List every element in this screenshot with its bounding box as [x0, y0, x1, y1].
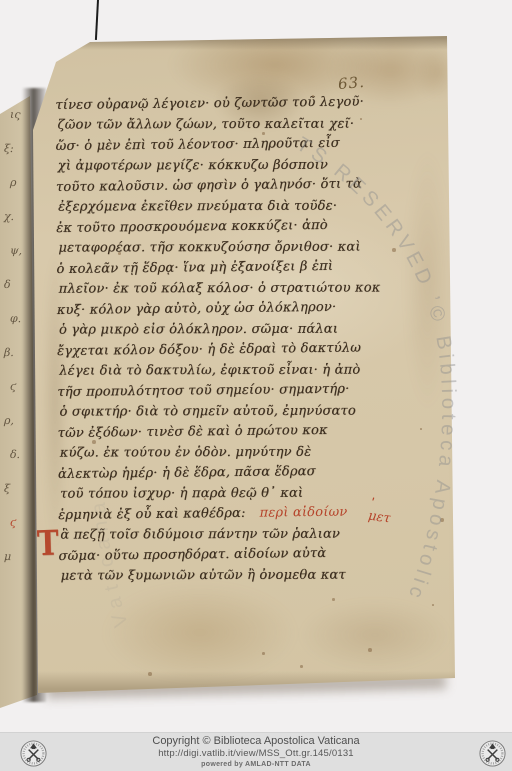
stain: [405, 150, 450, 410]
strip-fragment: δ.: [10, 448, 21, 461]
text-block: τίνεσ οὐρανῷ λέγοιεν· οὐ ζωντῶσ τοῦ λεγο…: [55, 93, 404, 587]
manuscript-line: ὁ σφικτήρ· διὰ τὸ σημεῖν αὐτοῦ, ἐμηνύσατ…: [59, 401, 403, 423]
stain: [300, 600, 450, 670]
strip-fragment: ρ,: [4, 414, 14, 427]
footer-text: Copyright © Biblioteca Apostolica Vatica…: [0, 735, 512, 770]
strip-fragment: ις: [10, 108, 21, 121]
footer-bar: Copyright © Biblioteca Apostolica Vatica…: [0, 732, 512, 771]
manuscript-line: ὁ γὰρ μικρὸ εἰσ ὁλόκληρον. σῶμα· πάλαι: [59, 319, 403, 341]
manuscript-line: κυξ· κόλον γὰρ αὐτὸ, οὐχ ὡσ ὁλόκληρον·: [57, 297, 403, 321]
manuscript-scan-viewport: ιςξ:ρχ.ψ,δφ.β.ϛρ,δ.ξϛμ 63. τίνεσ οὐρανῷ …: [0, 0, 512, 771]
footer-powered-by: powered by AMLAD-NTT DATA: [0, 760, 512, 770]
strip-fragment: ϛ: [10, 516, 17, 529]
manuscript-line: τῆσ προπυλότητοσ τοῦ σημείου· σημαντήρ·: [57, 379, 403, 403]
strip-fragment: ξ: [4, 482, 11, 495]
manuscript-line: μεταφορέασ. τῆσ κοκκυζούσησ ὄρνιθοσ· καὶ: [58, 237, 402, 259]
manuscript-line: ἀλεκτὼρ ἡμέρ· ἡ δὲ ἕδρα, πᾶσα ἕδρασ: [58, 461, 404, 485]
manuscript-line: ὁ κολεᾶν τῇ ἕδρᾳ· ἵνα μὴ ἐξανοίξει β ἐπὶ: [56, 256, 402, 280]
manuscript-line: ἐκ τοῦτο προσκρουόμενα κοκκύζει· ἀπὸ: [56, 215, 402, 239]
footer-copyright: Copyright © Biblioteca Apostolica Vatica…: [0, 735, 512, 748]
strip-fragment: ϛ: [10, 380, 17, 393]
stain: [415, 45, 460, 100]
margin-rubric: μετ: [367, 508, 391, 526]
binding-ribbon: [95, 0, 99, 40]
strip-fragment: χ.: [4, 210, 15, 223]
foxing-speck: [262, 652, 265, 655]
manuscript-line: τίνεσ οὐρανῷ λέγοιεν· οὐ ζωντῶσ τοῦ λεγο…: [55, 92, 401, 116]
manuscript-line: σῶμα· οὕτω προσηδόρατ. αἰδοίων αὐτὰ: [58, 543, 404, 567]
strip-fragment: ψ,: [10, 244, 23, 257]
strip-fragment: δ: [4, 278, 11, 291]
manuscript-line: κύζω. ἐκ τούτου ἐν ὁδὸν. μηνύτην δὲ: [60, 442, 404, 464]
strip-fragment: φ.: [10, 312, 22, 325]
rubric-text: περὶ αἰδοίων: [259, 505, 347, 521]
foxing-speck: [368, 648, 372, 652]
manuscript-line: τοῦ τόπου ἰσχυρ· ἡ παρὰ θεῷ θ᾽ καὶ: [60, 483, 404, 505]
foxing-speck: [332, 598, 335, 601]
stain: [105, 585, 295, 680]
foxing-speck: [432, 604, 434, 606]
manuscript-line: ἃ πεζῇ τοῖσ διδύμοισ πάντην τῶν ῥαλιαν: [60, 524, 404, 546]
foxing-speck: [148, 672, 152, 676]
manuscript-line: ἑρμηνιὰ ἐξ οὗ καὶ καθέδρα:περὶ αἰδοίων: [58, 502, 404, 526]
foxing-speck: [300, 665, 303, 668]
manuscript-line: ὥσ· ὁ μὲν ἐπὶ τοῦ λέοντοσ· πληροῦται εἶσ: [56, 133, 402, 157]
foxing-speck: [420, 428, 422, 430]
manuscript-page: 63. τίνεσ οὐρανῷ λέγοιεν· οὐ ζωντῶσ τοῦ …: [0, 0, 512, 771]
vatican-library-seal-icon: [478, 739, 507, 768]
vatican-library-seal-icon: [19, 739, 48, 768]
manuscript-line: ζῶον τῶν ἄλλων ζώων, τοῦτο καλεῖται χεῖ·: [57, 114, 401, 136]
manuscript-line: τῶν ἐξόδων· τινὲσ δὲ καὶ ὁ πρώτου κοκ: [58, 420, 404, 444]
manuscript-line: ἔγχεται κόλον δόξου· ἡ δὲ ἑδραὶ τὸ δακτύ…: [57, 338, 403, 362]
manuscript-line: πλεῖον· ἐκ τοῦ κόλαξ κόλοσ· ὁ στρατιώτου…: [59, 278, 403, 300]
manuscript-line: μετὰ τῶν ξυμωνιῶν αὐτῶν ἢ ὀνομεθα κατ: [61, 565, 405, 587]
strip-fragment: β.: [4, 346, 14, 359]
strip-fragment: ξ:: [4, 142, 14, 155]
foxing-speck: [440, 518, 444, 522]
rubric-initial: T: [36, 524, 59, 563]
strip-fragment: μ: [4, 550, 12, 563]
manuscript-line: ἐξερχόμενα ἐκεῖθεν πνεύματα διὰ τοῦδε·: [58, 196, 402, 218]
footer-url: http://digi.vatlib.it/view/MSS_Ott.gr.14…: [0, 748, 512, 760]
manuscript-line: χὶ ἀμφοτέρων μεγίζε· κόκκυζω βόσποιν: [58, 155, 402, 177]
folio-number: 63.: [337, 73, 365, 93]
strip-fragment: ρ: [10, 176, 17, 189]
manuscript-line: λέγει διὰ τὸ δακτυλίω, ἐφικτοῦ εἶναι· ἡ …: [59, 360, 403, 382]
manuscript-line: τοῦτο καλοῦσιν. ὡσ φησὶν ὁ γαληνόσ· ὅτι …: [56, 174, 402, 198]
